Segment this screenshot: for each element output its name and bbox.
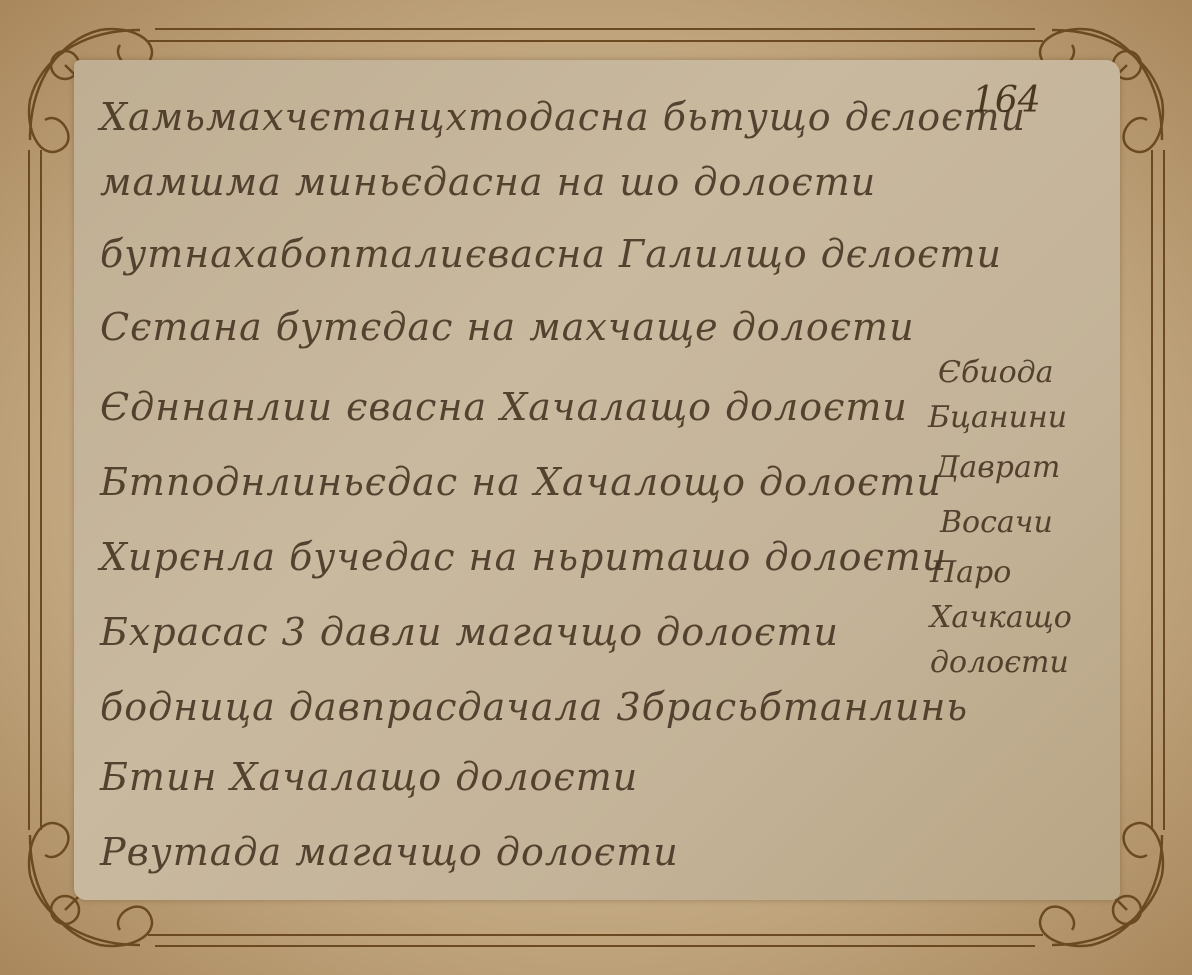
frame-right-outer <box>1163 150 1165 830</box>
manuscript-line: Бтин Хачалащо долоєти <box>100 755 638 799</box>
margin-line: долоєти <box>930 645 1069 680</box>
margin-line: Паро <box>930 555 1011 590</box>
frame-left-outer <box>28 150 30 830</box>
frame-bottom-outer <box>155 945 1035 947</box>
frame-bottom-inner <box>148 934 1043 936</box>
frame-top-inner <box>148 40 1043 42</box>
margin-line: Єбиода <box>938 355 1054 390</box>
manuscript-line: Бтподнлиньєдас на Хачалощо долоєти <box>100 460 942 504</box>
manuscript-line: Єдннанлии євасна Хачалащо долоєти <box>100 385 908 429</box>
margin-line: Хачкащо <box>930 600 1072 635</box>
margin-line: Даврат <box>935 450 1060 485</box>
manuscript-line: Бхрасас 3 давли магачщо долоєти <box>100 610 839 654</box>
frame-top-outer <box>155 28 1035 30</box>
manuscript-line: Хирєнла бучедас на ньриташо долоєти <box>100 535 947 579</box>
margin-line: Восачи <box>940 505 1053 540</box>
frame-left-inner <box>40 150 42 830</box>
manuscript-line: бутнахабопталиєвасна Галилщо дєлоєти <box>100 232 1002 276</box>
manuscript-line: бодница давпрасдачала 3брасьбтанлинь <box>100 685 968 729</box>
frame-right-inner <box>1151 150 1153 830</box>
manuscript-line: Сєтана бутєдас на махчаще долоєти <box>100 305 915 349</box>
manuscript-line: Хамьмахчєтанцхтодасна бьтущо дєлоєти <box>100 95 1026 139</box>
margin-line: Бцанини <box>928 400 1067 435</box>
manuscript-line: мамшма миньєдасна на шо долоєти <box>100 160 876 204</box>
manuscript-line: Рвутада магачщо долоєти <box>100 830 679 874</box>
